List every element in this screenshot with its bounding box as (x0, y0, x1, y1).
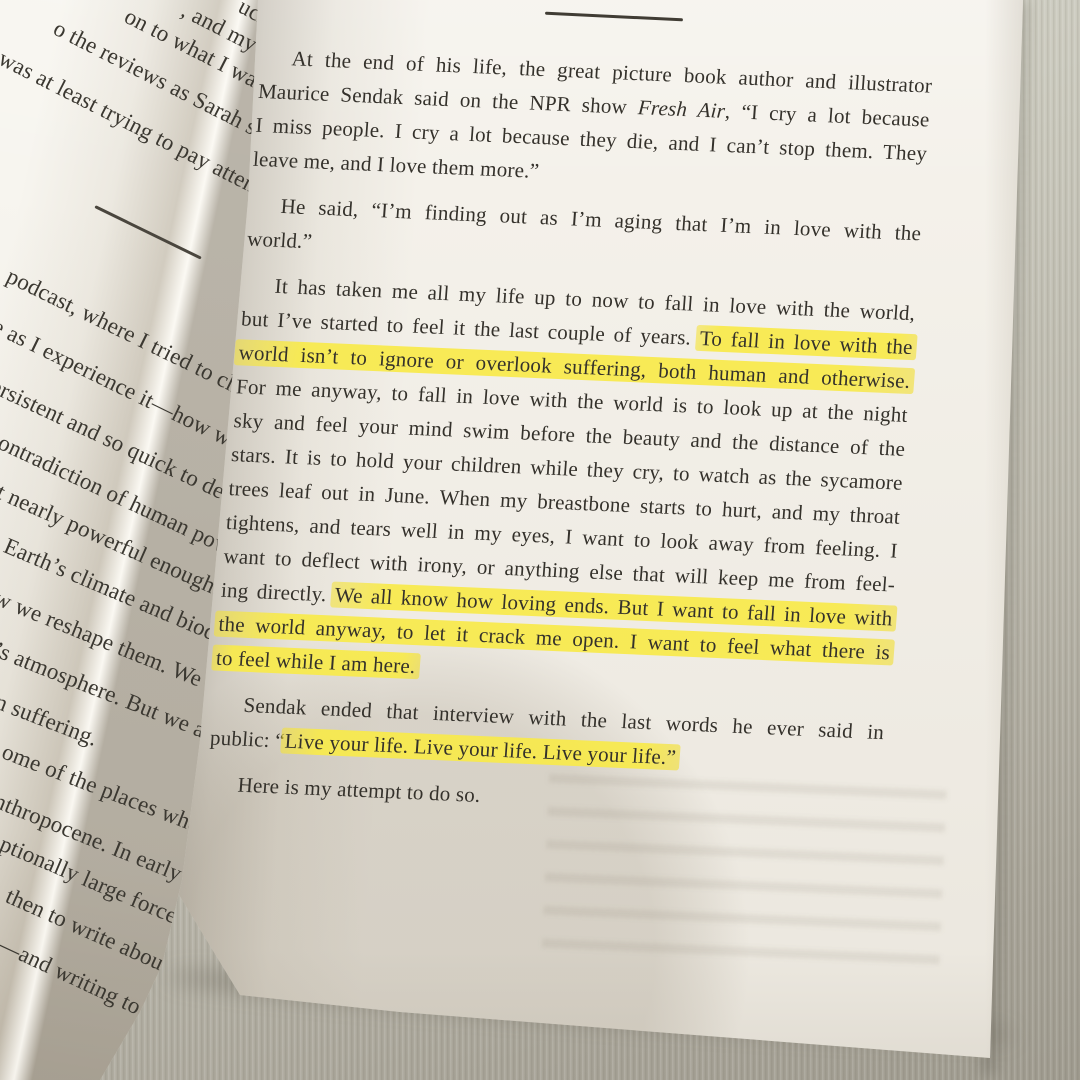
italic-text: Fresh Air (637, 95, 726, 123)
text-segment: leave me, and I love them more.” (252, 147, 540, 183)
right-page-text: At the end of his life, the great pictur… (206, 40, 934, 829)
paragraph: At the end of his life, the great pictur… (252, 40, 933, 204)
paragraph: It has taken me all my life up to now to… (215, 267, 917, 703)
paragraph: Sendak ended that interview with the las… (209, 687, 885, 784)
show-through-text (541, 774, 947, 979)
text-segment: public: “ (209, 725, 285, 752)
text-segment: , “I cry a lot because (724, 99, 930, 132)
paragraph: He said, “I’m finding out as I’m aging t… (246, 188, 922, 285)
highlighted-text: To fall in love with the (695, 325, 918, 360)
highlighted-text: to feel while I am here. (211, 644, 420, 679)
text-segment: world.” (246, 227, 313, 254)
text-segment: Here is my attempt to do so. (237, 773, 482, 807)
section-divider-left (94, 205, 201, 259)
text-segment: ing directly. (220, 578, 336, 607)
book-photo: At the end of his life, the great pictur… (0, 0, 1080, 1080)
section-divider-right (545, 12, 683, 21)
